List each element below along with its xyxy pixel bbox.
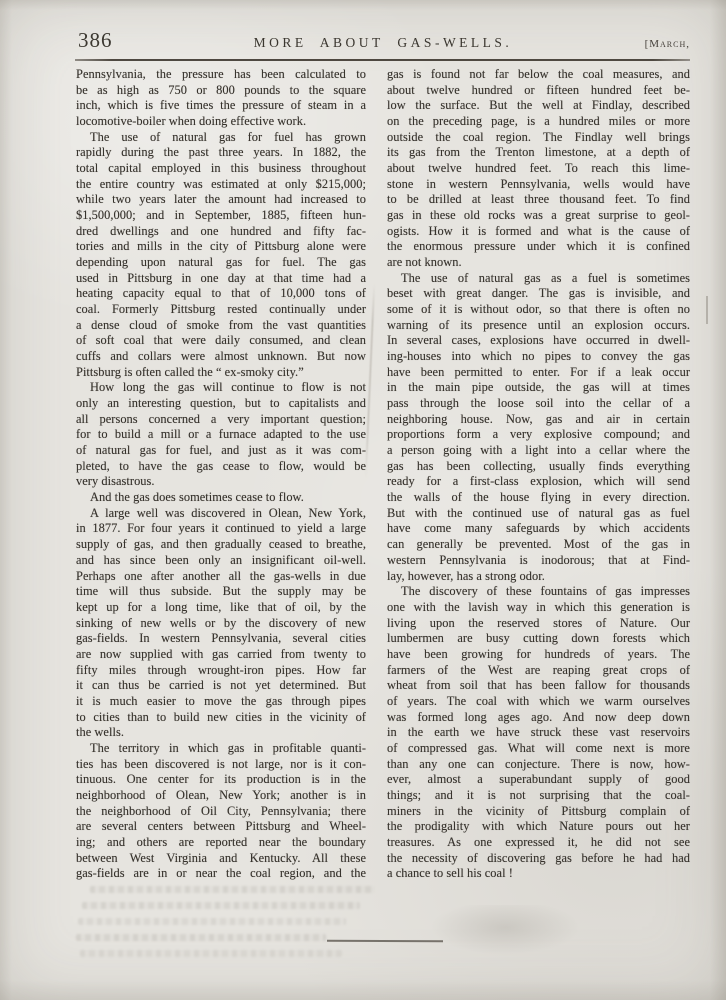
text-line: rapidly during the past three years. In … xyxy=(76,145,366,161)
text-line: gas is found not far below the coal meas… xyxy=(387,67,690,83)
text-line: gas-fields. In western Pennsylvania, sev… xyxy=(76,631,366,647)
text-line: a chance to sell his coal ! xyxy=(387,866,690,882)
text-line: only an interesting question, but to cap… xyxy=(76,396,366,412)
text-line: it is much easier to move the gas throug… xyxy=(76,694,366,710)
text-line: a person going with a light into a cella… xyxy=(387,443,690,459)
running-title: MORE ABOUT GAS-WELLS. xyxy=(75,35,691,51)
text-line: total capital employed in this business … xyxy=(76,161,366,177)
text-line: depending upon natural gas for fuel. The… xyxy=(76,255,366,271)
text-line: living upon the reserved stores of Natur… xyxy=(387,616,690,632)
text-line: How long the gas will continue to flow i… xyxy=(76,380,366,396)
text-line: was formed long ages ago. And now deep d… xyxy=(387,710,690,726)
text-line: Pittsburg is often called the “ ex-smoky… xyxy=(76,365,366,381)
text-line: one with the lavish way in which this ge… xyxy=(387,600,690,616)
text-line: ing; and others are reported near the bo… xyxy=(76,835,366,851)
text-line: gas-fields are in or near the coal regio… xyxy=(76,866,366,882)
text-line: the enormous pressure under which it is … xyxy=(387,239,690,255)
margin-mark xyxy=(706,296,708,324)
text-line: ing-houses into which no pipes to convey… xyxy=(387,349,690,365)
text-line: supply of gas, and then gradually ceased… xyxy=(76,537,366,553)
text-line: farmers of the West are reaping great cr… xyxy=(387,663,690,679)
text-line: beset with great danger. The gas is invi… xyxy=(387,286,690,302)
paragraph: How long the gas will continue to flow i… xyxy=(76,380,366,490)
text-line: the necessity of discovering gas before … xyxy=(387,851,690,867)
text-line: inch, which is five times the pressure o… xyxy=(76,98,366,114)
issue-label: [March, xyxy=(645,38,690,50)
text-line: used in Pittsburg in one day at that tim… xyxy=(76,271,366,287)
paragraph: A large well was discovered in Olean, Ne… xyxy=(76,506,366,741)
header-rule xyxy=(75,59,690,61)
text-line: neighborhood of Olean, New York; another… xyxy=(76,788,366,804)
bleed-through-text xyxy=(76,886,386,966)
text-line: stone in western Pennsylvania, wells wou… xyxy=(387,177,690,193)
text-line: about twelve hundred or fifteen hundred … xyxy=(387,83,690,99)
text-line: tories and mills in the city of Pittsbur… xyxy=(76,239,366,255)
text-line: about twelve hundred feet. To reach this… xyxy=(387,161,690,177)
text-line: western Pennsylvania is inodorous; that … xyxy=(387,553,690,569)
text-line: treasures. As one expressed it, he did n… xyxy=(387,835,690,851)
text-line: The discovery of these fountains of gas … xyxy=(387,584,690,600)
text-line: dred dwellings and one hundred and fifty… xyxy=(76,224,366,240)
text-line: in the earth we have struck these vast r… xyxy=(387,725,690,741)
text-line: A large well was discovered in Olean, Ne… xyxy=(76,506,366,522)
text-line: its gas from the Trenton limestone, at a… xyxy=(387,145,690,161)
text-line: the walls of the house flying in every d… xyxy=(387,490,690,506)
text-line: in the main pipe outside, the gas will a… xyxy=(387,380,690,396)
text-line: of natural gas for fuel, and just as it … xyxy=(76,443,366,459)
text-line: are several centers between Pittsburg an… xyxy=(76,819,366,835)
text-line: ready for a first-class explosion, which… xyxy=(387,474,690,490)
paragraph: Pennsylvania, the pressure has been calc… xyxy=(76,67,366,130)
text-line: pleted, to have the gas cease to flow, w… xyxy=(76,459,366,475)
bleed-line xyxy=(90,886,375,893)
text-line: Perhaps one after another all the gas-we… xyxy=(76,569,366,585)
text-line: In several cases, explosions have occurr… xyxy=(387,333,690,349)
text-line: tinuous. One center for its production i… xyxy=(76,772,366,788)
text-line: the wells. xyxy=(76,725,366,741)
text-line: time will thus subside. But the supply m… xyxy=(76,584,366,600)
text-line: But with the continued use of natural ga… xyxy=(387,506,690,522)
text-line: heating capacity equal to that of 10,000… xyxy=(76,286,366,302)
left-column: Pennsylvania, the pressure has been calc… xyxy=(76,67,366,882)
text-line: have been growing for hundreds of years.… xyxy=(387,647,690,663)
text-line: coal. Formerly Pittsburg rested continua… xyxy=(76,302,366,318)
text-line: warning of its presence until an explosi… xyxy=(387,318,690,334)
text-line: between West Virginia and Kentucky. All … xyxy=(76,851,366,867)
text-line: And the gas does sometimes cease to flow… xyxy=(76,490,366,506)
paragraph: The use of natural gas for fuel has grow… xyxy=(76,130,366,381)
text-line: pass through the loose soil into the cel… xyxy=(387,396,690,412)
text-line: on the preceding page, is a hundred mile… xyxy=(387,114,690,130)
text-line: of years. The coal with which we warm ou… xyxy=(387,694,690,710)
text-line: the neighborhood of Oil City, Pennsylvan… xyxy=(76,804,366,820)
text-line: Pennsylvania, the pressure has been calc… xyxy=(76,67,366,83)
text-line: lay, however, has a strong odor. xyxy=(387,569,690,585)
bleed-line xyxy=(78,918,346,925)
paragraph: The discovery of these fountains of gas … xyxy=(387,584,690,882)
paragraph: The territory in which gas in profitable… xyxy=(76,741,366,882)
text-line: have been permitted to enter. For if a l… xyxy=(387,365,690,381)
text-line: all persons concerned a very important q… xyxy=(76,412,366,428)
text-line: to be drilled at least three thousand fe… xyxy=(387,192,690,208)
text-line: sinking of new wells or by the discovery… xyxy=(76,616,366,632)
text-line: the entire country was estimated at only… xyxy=(76,177,366,193)
text-line: The territory in which gas in profitable… xyxy=(76,741,366,757)
text-line: while two years later the amount had inc… xyxy=(76,192,366,208)
paper-shade xyxy=(430,905,580,955)
text-line: cuffs and collars were almost unknown. B… xyxy=(76,349,366,365)
text-line: things; and it is not surprising that th… xyxy=(387,788,690,804)
bleed-line xyxy=(80,950,342,957)
text-line: outside the coal region. The Findlay wel… xyxy=(387,130,690,146)
text-line: of soft coal that were daily consumed, a… xyxy=(76,333,366,349)
text-line: and has since been only an insignificant… xyxy=(76,553,366,569)
text-line: ties has been discovered is not large, n… xyxy=(76,757,366,773)
text-line: wheat from soil that has been fallow for… xyxy=(387,678,690,694)
text-line: lumbermen are busy cutting down forests … xyxy=(387,631,690,647)
text-line: ogists. How it is formed and what is the… xyxy=(387,224,690,240)
text-line: some of it is without odor, so that ther… xyxy=(387,302,690,318)
right-column: gas is found not far below the coal meas… xyxy=(387,67,690,882)
text-line: The use of natural gas as a fuel is some… xyxy=(387,271,690,287)
text-line: can generally be prevented. Most of the … xyxy=(387,537,690,553)
text-line: miners in the vicinity of Pittsburg comp… xyxy=(387,804,690,820)
text-line: neighboring house. Now, gas and air in c… xyxy=(387,412,690,428)
text-line: in 1877. For four years it continued to … xyxy=(76,521,366,537)
paragraph: gas is found not far below the coal meas… xyxy=(387,67,690,271)
bleed-line xyxy=(76,934,326,941)
text-line: the prodigality with which Nature pours … xyxy=(387,819,690,835)
text-line: to cities than to build new cities in th… xyxy=(76,710,366,726)
text-line: have come many safeguards by which accid… xyxy=(387,521,690,537)
text-line: it can thus be carried is not yet determ… xyxy=(76,678,366,694)
text-line: fifty miles through wrought-iron pipes. … xyxy=(76,663,366,679)
text-line: of compressed gas. What will come next i… xyxy=(387,741,690,757)
bleed-line xyxy=(82,902,360,909)
text-line: kept up for a long time, like that of oi… xyxy=(76,600,366,616)
text-line: gas has been collecting, usually finds e… xyxy=(387,459,690,475)
text-line: are not known. xyxy=(387,255,690,271)
text-line: than any one can conjecture. There is no… xyxy=(387,757,690,773)
text-line: $1,500,000; and in September, 1885, fift… xyxy=(76,208,366,224)
gutter-crease xyxy=(365,283,376,478)
text-line: proportions form a very explosive compou… xyxy=(387,427,690,443)
text-line: locomotive-boiler when doing effective w… xyxy=(76,114,366,130)
text-line: low the surface. But the well at Findlay… xyxy=(387,98,690,114)
text-line: gas in these old rocks was a great surpr… xyxy=(387,208,690,224)
scanned-page: 386 MORE ABOUT GAS-WELLS. [March, Pennsy… xyxy=(0,0,726,1000)
text-line: be as high as 750 or 800 pounds to the s… xyxy=(76,83,366,99)
paragraph: The use of natural gas as a fuel is some… xyxy=(387,271,690,584)
text-line: The use of natural gas for fuel has grow… xyxy=(76,130,366,146)
text-line: a dense cloud of smoke from the vast qua… xyxy=(76,318,366,334)
text-line: for to build a mill or a furnace adapted… xyxy=(76,427,366,443)
text-line: ever, almost a superabundant supply of g… xyxy=(387,772,690,788)
text-line: are now supplied with gas carried from t… xyxy=(76,647,366,663)
text-line: very disastrous. xyxy=(76,474,366,490)
paragraph: And the gas does sometimes cease to flow… xyxy=(76,490,366,506)
